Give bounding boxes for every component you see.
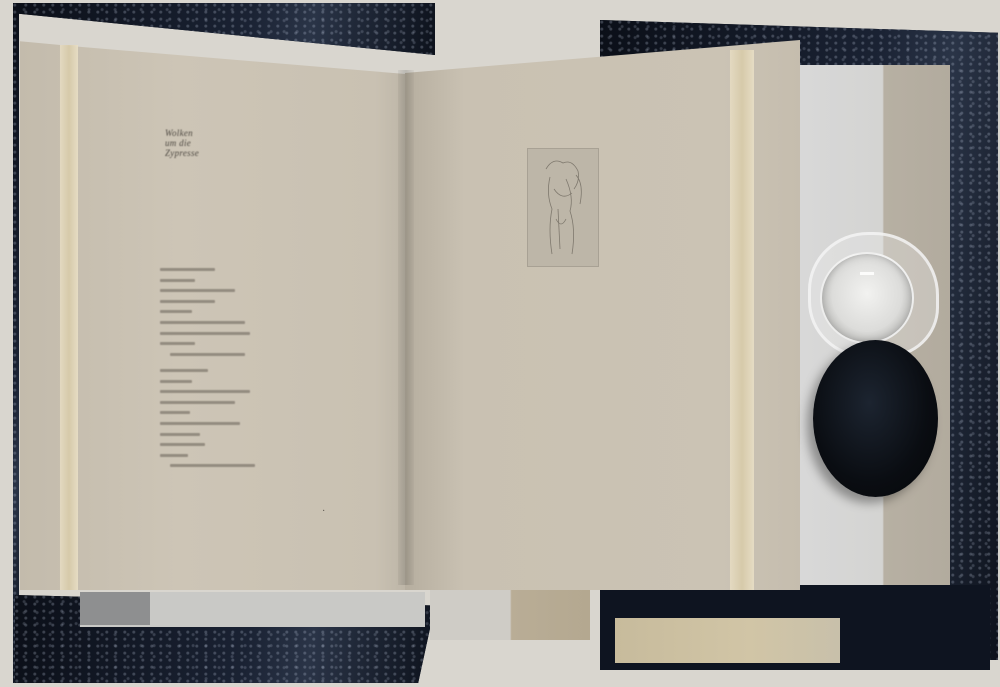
poem-line: [160, 369, 208, 372]
poem-line: [160, 321, 245, 324]
poem-line: [160, 300, 215, 303]
poem-line: [170, 464, 255, 467]
poem-line: [160, 289, 235, 292]
figures-drawing-icon: [528, 149, 598, 266]
poem-line: [160, 390, 250, 393]
box-bottom-spine-strip: [615, 618, 840, 663]
poem-line: [160, 433, 200, 436]
poem-line: [160, 454, 188, 457]
black-oval-stone: [813, 340, 938, 497]
poem-line: [160, 332, 250, 335]
poem-line: [160, 422, 240, 425]
left-deckle-edge: [60, 45, 78, 590]
lens-highlight: [860, 272, 874, 275]
poem-stanza-2: [160, 369, 270, 475]
etching-illustration: [527, 148, 599, 267]
poem-line: [160, 268, 215, 271]
box-bottom-inner-tab: [80, 592, 150, 625]
page-mark: ·: [322, 506, 325, 517]
magnifying-lens: [820, 252, 914, 344]
poem-line: [160, 310, 192, 313]
poem-line: [160, 443, 205, 446]
poem-line: [160, 401, 235, 404]
poem-line: [160, 342, 195, 345]
poem-line: [160, 411, 190, 414]
poem-line: [170, 353, 245, 356]
poem-line: [160, 380, 192, 383]
right-deckle-edge: [730, 50, 754, 590]
poem-stanza-1: [160, 268, 270, 363]
gutter-shadow: [398, 70, 414, 585]
box-left-edge: [13, 3, 19, 683]
poem-line: [160, 279, 195, 282]
poem-title: Wolken um die Zypresse: [165, 128, 199, 158]
